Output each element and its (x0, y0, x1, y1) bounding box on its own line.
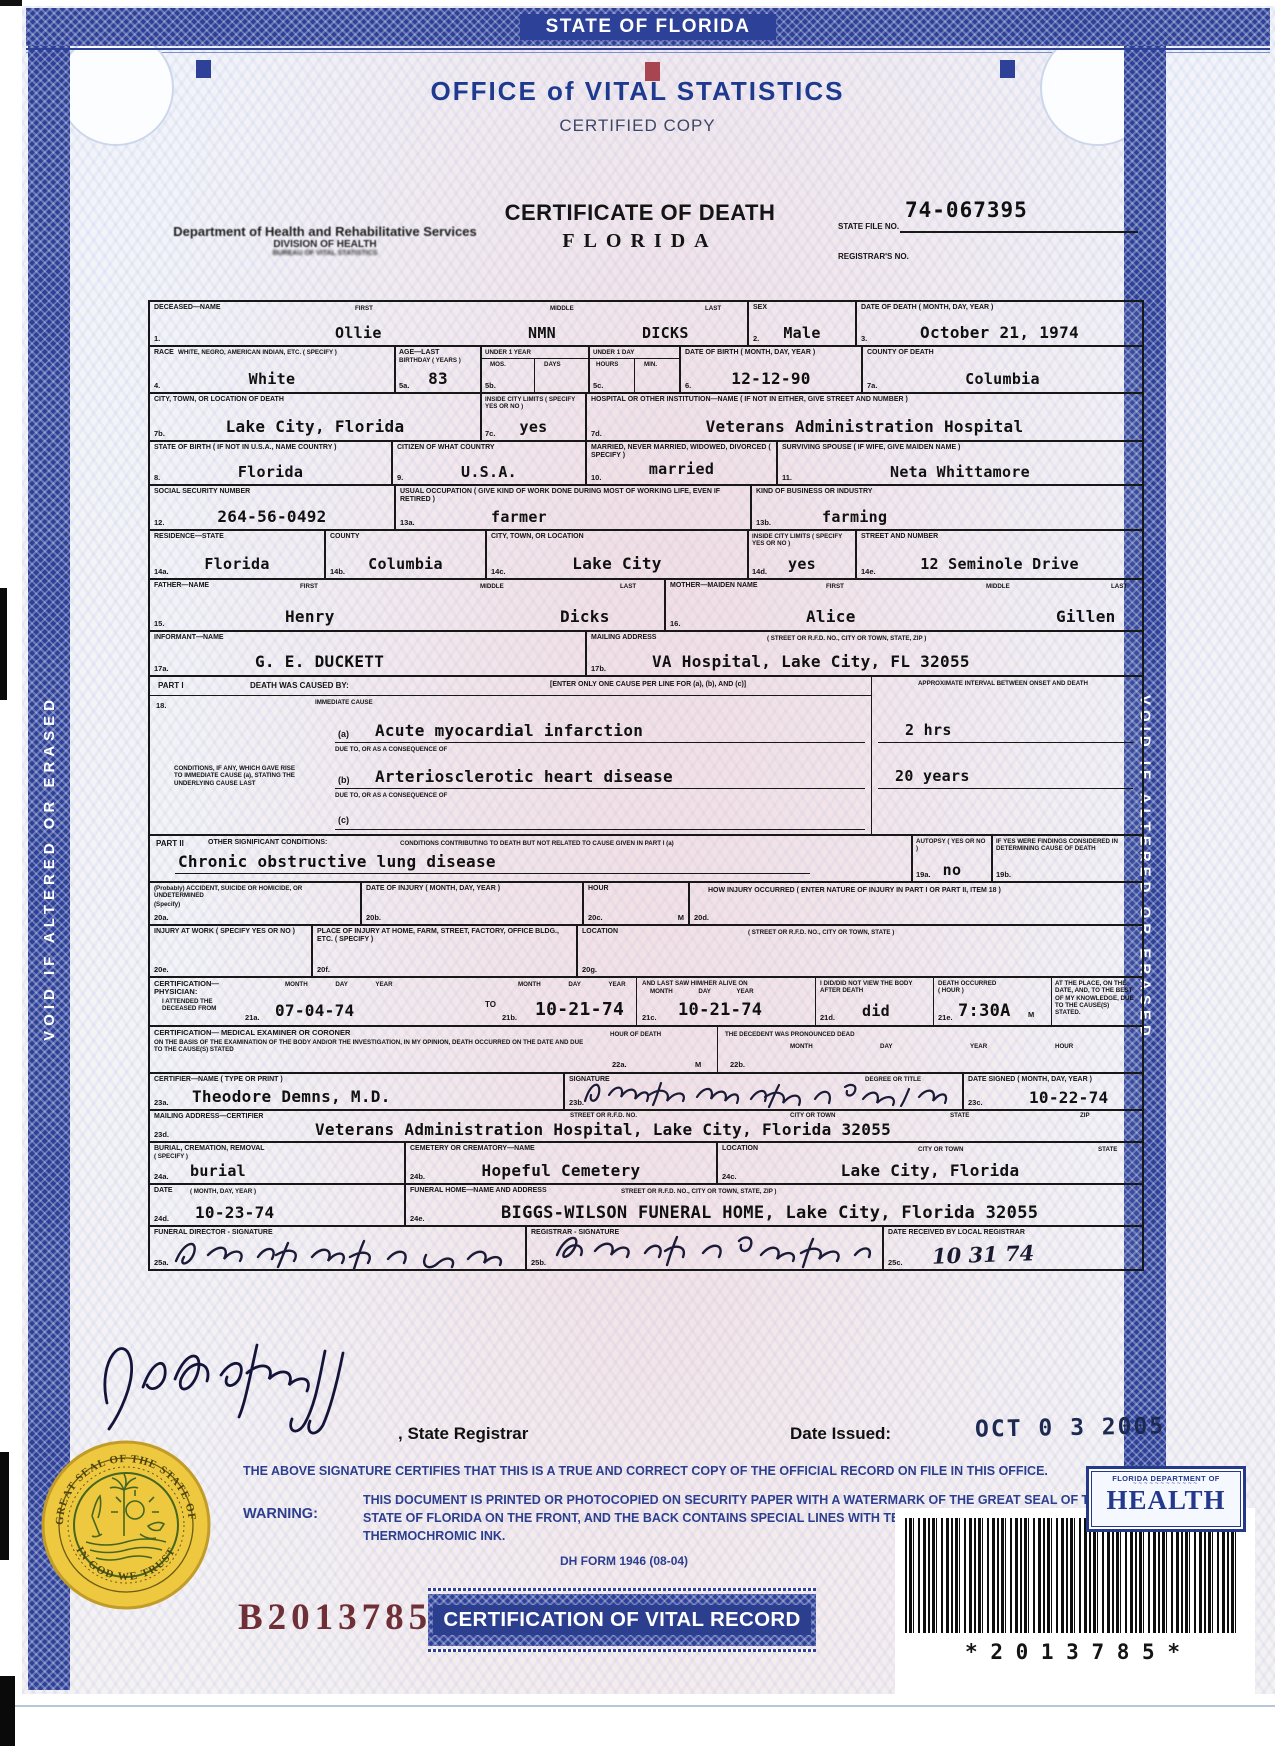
cemetery-value: Hopeful Cemetery (406, 1161, 716, 1180)
scan-edge-line (0, 1705, 1275, 1707)
void-text-left: VOID IF ALTERED OR ERASED (41, 695, 58, 1041)
warning-label: WARNING: (243, 1506, 318, 1522)
caused-by-label: DEATH WAS CAUSED BY: (250, 681, 349, 690)
citizen-label: CITIZEN OF WHAT COUNTRY (397, 444, 495, 452)
field-age: AGE—LAST BIRTHDAY ( YEARS ) 5a. 83 (394, 347, 480, 392)
form-number: DH FORM 1946 (08-04) (560, 1554, 688, 1568)
field-certifier-name: CERTIFIER—NAME ( TYPE OR PRINT ) 23a. Th… (150, 1074, 563, 1109)
date-received-value: 10 31 74 (932, 1240, 1035, 1269)
part1-interval-divider (871, 677, 872, 834)
me-note: ON THE BASIS OF THE EXAMINATION OF THE B… (154, 1039, 584, 1054)
item-13b: 13b. (756, 518, 771, 527)
age-label: AGE—LAST (399, 349, 439, 357)
item-23d: 23d. (154, 1130, 169, 1139)
hours-label: HOURS (596, 361, 618, 368)
res-county-label: COUNTY (330, 533, 360, 541)
father-last-value: Dicks (560, 607, 610, 626)
mother-label: MOTHER—MAIDEN NAME (670, 582, 758, 590)
item-20b: 20b. (366, 913, 381, 922)
dob-label: DATE OF BIRTH ( MONTH, DAY, YEAR ) (685, 349, 855, 357)
pron-day: DAY (880, 1043, 893, 1050)
item-18: 18. (156, 701, 166, 710)
field-burial: BURIAL, CREMATION, REMOVAL ( SPECIFY ) 2… (150, 1143, 404, 1183)
certification-banner: CERTIFICATION OF VITAL RECORD (428, 1594, 816, 1646)
disposition-date-label: DATE (154, 1187, 173, 1195)
funeral-home-label: FUNERAL HOME—NAME AND ADDRESS (410, 1187, 547, 1195)
pron-month: MONTH (790, 1043, 813, 1050)
last-sublabel: LAST (705, 305, 721, 312)
county-value: Columbia (863, 370, 1142, 388)
injury-location-label: LOCATION (582, 928, 618, 936)
to-word: TO (485, 1000, 496, 1009)
row-deceased: DECEASED—NAME FIRST MIDDLE LAST 1. Ollie… (150, 302, 1142, 345)
row-injury-place: INJURY AT WORK ( SPECIFY YES OR NO ) 20e… (150, 924, 1142, 976)
autopsy-label: AUTOPSY ( YES OR NO ) (916, 838, 986, 853)
state-banner-text: STATE OF FLORIDA (520, 14, 777, 40)
view-body-label: I DID/DID NOT VIEW THE BODY AFTER DEATH (820, 980, 928, 995)
row-disposition: BURIAL, CREMATION, REMOVAL ( SPECIFY ) 2… (150, 1141, 1142, 1183)
certificate-title: CERTIFICATE OF DEATH (440, 200, 840, 226)
mdy-header-1: MONTH DAY YEAR (285, 981, 393, 988)
field-residence-city: CITY, TOWN, OR LOCATION 14c. Lake City (485, 531, 747, 578)
row-certifier: CERTIFIER—NAME ( TYPE OR PRINT ) 23a. Th… (150, 1072, 1142, 1109)
res-city-label: CITY, TOWN, OR LOCATION (491, 533, 584, 541)
item-20a: 20a. (154, 913, 169, 922)
field-date-of-death: DATE OF DEATH ( MONTH, DAY, YEAR ) 3. Oc… (855, 302, 1142, 345)
item-5c: 5c. (593, 381, 603, 390)
item-21a: 21a. (245, 1013, 260, 1022)
spouse-label: SURVIVING SPOUSE ( IF WIFE, GIVE MAIDEN … (782, 444, 960, 452)
item-21c: 21c. (642, 1013, 657, 1022)
death-hour-value: 7:30A (958, 1001, 1011, 1021)
disposition-location-value: Lake City, Florida (718, 1161, 1142, 1180)
death-occurred-sublabel: ( HOUR ) (938, 987, 964, 994)
item-17b: 17b. (591, 664, 606, 673)
mother-first-value: Alice (806, 607, 856, 626)
scan-artifact-top (0, 0, 22, 6)
attended-label-2: DECEASED FROM (162, 1005, 216, 1012)
field-hospital: HOSPITAL OR OTHER INSTITUTION—NAME ( IF … (585, 394, 1142, 440)
me-label: CERTIFICATION— MEDICAL EXAMINER OR CORON… (154, 1029, 350, 1038)
health-dept-big-text: HEALTH (1089, 1486, 1243, 1514)
cause-a-line (335, 725, 865, 743)
cp-div-2 (815, 978, 816, 1025)
row-certification-me: CERTIFICATION— MEDICAL EXAMINER OR CORON… (150, 1025, 1142, 1072)
res-state-label: RESIDENCE—STATE (154, 533, 224, 541)
sob-value: Florida (150, 463, 391, 481)
icl2-value: yes (749, 555, 855, 573)
u1d-vline (634, 358, 635, 392)
banner-rule (26, 48, 1270, 50)
scan-artifact-1 (0, 588, 7, 700)
informant-value: G. E. DUCKETT (255, 652, 384, 671)
state-registrar-signature-script (85, 1315, 415, 1440)
field-state-of-birth: STATE OF BIRTH ( IF NOT IN U.S.A., NAME … (150, 442, 391, 484)
funeral-home-sublabel: STREET OR R.F.D. NO., CITY OR TOWN, STAT… (621, 1188, 777, 1195)
father-first-value: Henry (285, 607, 335, 626)
last-saw-value: 10-21-74 (678, 1000, 762, 1020)
item-16: 16. (670, 619, 680, 628)
field-street: STREET AND NUMBER 14e. 12 Seminole Drive (855, 531, 1142, 578)
funeral-home-value: BIGGS-WILSON FUNERAL HOME, Lake City, Fl… (501, 1203, 1038, 1223)
row-ssn-occupation: SOCIAL SECURITY NUMBER 12. 264-56-0492 U… (150, 484, 1142, 529)
physician-note: AT THE PLACE, ON THE DATE, AND, TO THE B… (1055, 980, 1135, 1017)
informant-label: INFORMANT—NAME (154, 634, 224, 642)
item-25b: 25b. (531, 1258, 546, 1267)
field-registrar-signature: REGISTRAR - SIGNATURE 25b. (525, 1227, 882, 1269)
hour-of-death-label: HOUR OF DEATH (610, 1031, 661, 1038)
father-first-sublabel: FIRST (300, 583, 318, 590)
item-5b: 5b. (485, 381, 496, 390)
due-to-2: DUE TO, OR AS A CONSEQUENCE OF (335, 792, 447, 799)
field-informant: INFORMANT—NAME 17a. G. E. DUCKETT (150, 632, 585, 675)
row-accident: (Probably) ACCIDENT, SUICIDE OR HOMICIDE… (150, 881, 1142, 924)
field-how-injury: HOW INJURY OCCURRED ( ENTER NATURE OF IN… (688, 883, 1142, 924)
field-marital: MARRIED, NEVER MARRIED, WIDOWED, DIVORCE… (585, 442, 776, 484)
icl2-label: INSIDE CITY LIMITS ( SPECIFY YES OR NO ) (752, 533, 850, 548)
date-of-injury-label: DATE OF INJURY ( MONTH, DAY, YEAR ) (366, 885, 500, 893)
injury-hour-label: HOUR (588, 885, 609, 893)
ssn-value: 264-56-0492 (150, 507, 394, 526)
hospital-label: HOSPITAL OR OTHER INSTITUTION—NAME ( IF … (591, 396, 1131, 404)
item-21d: 21d. (820, 1013, 835, 1022)
field-other-conditions: PART II OTHER SIGNIFICANT CONDITIONS: CO… (150, 836, 911, 881)
res-county-value: Columbia (326, 555, 485, 573)
certifier-name-label: CERTIFIER—NAME ( TYPE OR PRINT ) (154, 1076, 283, 1084)
field-certifier-address: MAILING ADDRESS—CERTIFIER STREET OR R.F.… (150, 1111, 1138, 1141)
res-city-value: Lake City (487, 554, 747, 573)
field-accident-type: (Probably) ACCIDENT, SUICIDE OR HOMICIDE… (150, 883, 360, 924)
street-value: 12 Seminole Drive (857, 555, 1142, 573)
great-seal-of-florida: GREAT SEAL OF THE STATE OF FLORIDA IN GO… (40, 1438, 212, 1612)
interval-a-line (878, 725, 1133, 743)
disposition-state-sublabel: STATE (1098, 1146, 1117, 1153)
field-cemetery: CEMETERY OR CREMATORY—NAME 24b. Hopeful … (404, 1143, 716, 1183)
field-place-of-injury: PLACE OF INJURY AT HOME, FARM, STREET, F… (311, 926, 576, 976)
cp-div-1 (636, 978, 637, 1025)
field-occupation: USUAL OCCUPATION ( GIVE KIND OF WORK DON… (394, 486, 750, 529)
sex-label: SEX (753, 304, 767, 312)
date-signed-value: 10-22-74 (1029, 1088, 1108, 1107)
death-hour-m: M (1028, 1010, 1034, 1019)
health-dept-logo: FLORIDA DEPARTMENT OF ~~~~~~~~~~~~ HEALT… (1086, 1466, 1246, 1532)
injury-at-work-label: INJURY AT WORK ( SPECIFY YES OR NO ) (154, 928, 304, 936)
item-13a: 13a. (400, 518, 415, 527)
scan-artifact-3 (0, 1676, 15, 1746)
dod-value: October 21, 1974 (857, 323, 1142, 342)
field-funeral-home: FUNERAL HOME—NAME AND ADDRESS STREET OR … (404, 1185, 1142, 1225)
res-state-value: Florida (150, 555, 324, 573)
accident-sublabel: (Specify) (154, 901, 180, 908)
certifier-address-value: Veterans Administration Hospital, Lake C… (315, 1120, 891, 1139)
death-certificate-scan: STATE OF FLORIDA VOID IF ALTERED OR ERAS… (0, 0, 1275, 1746)
item-20c: 20c. (588, 913, 603, 922)
date-received-label: DATE RECEIVED BY LOCAL REGISTRAR (888, 1229, 1025, 1237)
place-of-injury-label: PLACE OF INJURY AT HOME, FARM, STREET, F… (317, 928, 567, 945)
disposition-date-value: 10-23-74 (195, 1203, 274, 1222)
banner-pinstripe-bottom (428, 1649, 816, 1652)
field-race: RACE WHITE, NEGRO, AMERICAN INDIAN, ETC.… (150, 347, 394, 392)
field-sex: SEX 2. Male (747, 302, 855, 345)
field-mailing-address: MAILING ADDRESS ( STREET OR R.F.D. NO., … (585, 632, 1142, 675)
field-date-received: DATE RECEIVED BY LOCAL REGISTRAR 25c. 10… (882, 1227, 1142, 1269)
addr-sub-city: CITY OR TOWN (790, 1112, 836, 1119)
industry-value: farming (822, 508, 887, 526)
field-injury-at-work: INJURY AT WORK ( SPECIFY YES OR NO ) 20e… (150, 926, 311, 976)
field-inside-city-limits-2: INSIDE CITY LIMITS ( SPECIFY YES OR NO )… (747, 531, 855, 578)
certifier-signature-script (579, 1075, 959, 1109)
date-issued-stamp: OCT 0 3 2005 (975, 1413, 1166, 1442)
part1-label: PART I (158, 681, 184, 690)
certify-statement: THE ABOVE SIGNATURE CERTIFIES THAT THIS … (243, 1464, 1123, 1478)
pronounced-label: THE DECEDENT WAS PRONOUNCED DEAD (725, 1031, 855, 1038)
marital-label: MARRIED, NEVER MARRIED, WIDOWED, DIVORCE… (591, 444, 771, 461)
father-last-sublabel: LAST (620, 583, 636, 590)
item-22b: 22b. (730, 1060, 745, 1069)
deceased-label: DECEASED—NAME (154, 304, 221, 312)
item-25a: 25a. (154, 1258, 169, 1267)
findings-label: IF YES WERE FINDINGS CONSIDERED IN DETER… (996, 838, 1136, 853)
row-place-of-death: CITY, TOWN, OR LOCATION OF DEATH 7b. Lak… (150, 392, 1142, 440)
disposition-date-sublabel: ( MONTH, DAY, YEAR ) (190, 1188, 256, 1195)
field-inside-city-limits-1: INSIDE CITY LIMITS ( SPECIFY YES OR NO )… (480, 394, 585, 440)
item-21e: 21e. (938, 1013, 953, 1022)
u1y-divider (482, 358, 588, 359)
days-label: DAYS (544, 361, 561, 368)
item-1: 1. (154, 334, 160, 343)
row-birth-citizen-marital: STATE OF BIRTH ( IF NOT IN U.S.A., NAME … (150, 440, 1142, 484)
row-informant: INFORMANT—NAME 17a. G. E. DUCKETT MAILIN… (150, 630, 1142, 675)
enter-note: [ENTER ONLY ONE CAUSE PER LINE FOR (a), … (550, 681, 746, 689)
field-under-1-year: UNDER 1 YEAR MOS. DAYS 5b. (480, 347, 588, 392)
field-county-of-death: COUNTY OF DEATH 7a. Columbia (861, 347, 1142, 392)
middle-sublabel: MIDDLE (550, 305, 574, 312)
race-label: RACE (154, 349, 174, 357)
scan-bottom-band (0, 1694, 1275, 1746)
mdy-header-3: MONTH DAY YEAR (650, 988, 754, 995)
field-injury-hour: HOUR 20c. M (582, 883, 688, 924)
barcode-text: * 2 0 1 3 7 8 5 * (905, 1640, 1240, 1664)
other-conditions-label: OTHER SIGNIFICANT CONDITIONS: (208, 839, 327, 847)
mother-middle-sublabel: MIDDLE (986, 583, 1010, 590)
registrar-signature-script (547, 1229, 877, 1269)
state-registrar-title: , State Registrar (398, 1424, 528, 1444)
field-autopsy: AUTOPSY ( YES OR NO ) 19a. no (911, 836, 991, 881)
interval-header: APPROXIMATE INTERVAL BETWEEN ONSET AND D… (878, 680, 1128, 687)
state-file-line (900, 231, 1138, 233)
banner-pinstripe-top (428, 1588, 816, 1591)
last-saw-label: AND LAST SAW HIM/HER ALIVE ON (642, 980, 812, 987)
icl1-value: yes (482, 418, 585, 436)
cp-div-3 (933, 978, 934, 1025)
disposition-location-label: LOCATION (722, 1145, 758, 1153)
physician-label: PHYSICIAN: (154, 988, 197, 997)
part2-label: PART II (156, 839, 184, 848)
item-25c: 25c. (888, 1258, 903, 1267)
hospital-value: Veterans Administration Hospital (587, 417, 1142, 436)
how-injury-label: HOW INJURY OCCURRED ( ENTER NATURE OF IN… (708, 887, 1128, 895)
father-middle-sublabel: MIDDLE (480, 583, 504, 590)
item-22a: 22a. (612, 1060, 627, 1069)
field-under-1-day: UNDER 1 DAY HOURS MIN. 5c. (588, 347, 679, 392)
deceased-last-value: DICKS (642, 324, 689, 342)
deceased-middle-value: NMN (528, 324, 556, 342)
certification-banner-text: CERTIFICATION OF VITAL RECORD (433, 1605, 810, 1635)
row-residence: RESIDENCE—STATE 14a. Florida COUNTY 14b.… (150, 529, 1142, 578)
mother-last-sublabel: LAST (1111, 583, 1127, 590)
cm-div (717, 1027, 718, 1072)
field-date-signed: DATE SIGNED ( MONTH, DAY, YEAR ) 23c. 10… (962, 1074, 1142, 1109)
cemetery-label: CEMETERY OR CREMATORY—NAME (410, 1145, 535, 1153)
row-funeral-home: DATE ( MONTH, DAY, YEAR ) 24d. 10-23-74 … (150, 1183, 1142, 1225)
deceased-first-value: Ollie (335, 324, 382, 342)
funeral-director-signature-script (168, 1233, 518, 1271)
u1d-label: UNDER 1 DAY (593, 349, 634, 356)
disposition-city-sublabel: CITY OR TOWN (918, 1146, 964, 1153)
due-to-1: DUE TO, OR AS A CONSEQUENCE OF (335, 746, 447, 753)
serial-number: B2013785 (238, 1596, 432, 1639)
immediate-cause-label: IMMEDIATE CAUSE (315, 699, 373, 706)
addr-sub-state: STATE (950, 1112, 969, 1119)
item-23a: 23a. (154, 1098, 169, 1107)
city-of-death-value: Lake City, Florida (150, 417, 480, 436)
sex-value: Male (749, 324, 855, 342)
field-residence-county: COUNTY 14b. Columbia (324, 531, 485, 578)
field-disposition-location: LOCATION CITY OR TOWN STATE 24c. Lake Ci… (716, 1143, 1142, 1183)
item-24e: 24e. (410, 1214, 425, 1223)
industry-label: KIND OF BUSINESS OR INDUSTRY (756, 488, 872, 496)
field-injury-location: LOCATION ( STREET OR R.F.D. NO., CITY OR… (576, 926, 1142, 976)
state-banner: STATE OF FLORIDA (26, 8, 1270, 46)
field-certifier-signature: SIGNATURE DEGREE OR TITLE 23b. (563, 1074, 962, 1109)
registrar-no-label: REGISTRAR'S NO. (838, 252, 909, 261)
age-value: 83 (396, 369, 480, 388)
race-value: White (150, 370, 394, 388)
field-city-of-death: CITY, TOWN, OR LOCATION OF DEATH 7b. Lak… (150, 394, 480, 440)
u1y-vline (534, 358, 535, 392)
sob-label: STATE OF BIRTH ( IF NOT IN U.S.A., NAME … (154, 444, 384, 452)
item-15: 15. (154, 619, 164, 628)
item-20e: 20e. (154, 965, 169, 974)
marital-value: married (587, 460, 776, 478)
item-24d: 24d. (154, 1214, 169, 1223)
barcode (905, 1518, 1240, 1633)
part1-header-rule (150, 695, 871, 696)
mailing-sublabel: ( STREET OR R.F.D. NO., CITY OR TOWN, ST… (767, 635, 926, 642)
injury-location-sublabel: ( STREET OR R.F.D. NO., CITY OR TOWN, ST… (748, 929, 894, 936)
row-race-age-dob: RACE WHITE, NEGRO, AMERICAN INDIAN, ETC.… (150, 345, 1142, 392)
occupation-label: USUAL OCCUPATION ( GIVE KIND OF WORK DON… (400, 488, 740, 505)
cause-c-line (335, 812, 865, 830)
burial-value: burial (190, 1162, 246, 1180)
race-sublabel: WHITE, NEGRO, AMERICAN INDIAN, ETC. ( SP… (178, 349, 378, 356)
street-label: STREET AND NUMBER (861, 533, 938, 541)
field-autopsy-findings: IF YES WERE FINDINGS CONSIDERED IN DETER… (991, 836, 1142, 881)
item-20g: 20g. (582, 965, 597, 974)
item-24a: 24a. (154, 1172, 169, 1181)
field-father: FATHER—NAME FIRST MIDDLE LAST 15. Henry … (150, 580, 664, 630)
spouse-value: Neta Whittamore (778, 463, 1142, 481)
hour-of-death-m: M (695, 1060, 701, 1069)
interval-b-line (878, 771, 1133, 789)
part2-block: PART II OTHER SIGNIFICANT CONDITIONS: CO… (150, 834, 1142, 881)
first-sublabel: FIRST (355, 305, 373, 312)
date-issued-label: Date Issued: (790, 1424, 891, 1444)
office-title: OFFICE of VITAL STATISTICS (0, 76, 1275, 107)
pron-year: YEAR (970, 1043, 987, 1050)
state-file-label: STATE FILE NO. (838, 222, 899, 231)
mother-first-sublabel: FIRST (826, 583, 844, 590)
part1-cell: PART I DEATH WAS CAUSED BY: [ENTER ONLY … (150, 677, 1138, 834)
row-certifier-address: MAILING ADDRESS—CERTIFIER STREET OR R.F.… (150, 1109, 1142, 1141)
pron-hour: HOUR (1055, 1043, 1073, 1050)
dod-label: DATE OF DEATH ( MONTH, DAY, YEAR ) (861, 304, 993, 312)
certifier-name-value: Theodore Demns, M.D. (192, 1087, 391, 1106)
row-signatures: FUNERAL DIRECTOR - SIGNATURE 25a. REGIST… (150, 1225, 1142, 1269)
item-23c: 23c. (968, 1098, 983, 1107)
field-ssn: SOCIAL SECURITY NUMBER 12. 264-56-0492 (150, 486, 394, 529)
attended-to-value: 10-21-74 (535, 999, 624, 1020)
addr-sub-street: STREET OR R.F.D. NO. (570, 1112, 637, 1119)
mdy-header-2: MONTH DAY YEAR (518, 981, 626, 988)
field-funeral-director-signature: FUNERAL DIRECTOR - SIGNATURE 25a. (150, 1227, 525, 1269)
field-deceased-name: DECEASED—NAME FIRST MIDDLE LAST 1. Ollie… (150, 302, 747, 345)
certified-copy: CERTIFIED COPY (0, 116, 1275, 136)
injury-hour-m: M (678, 913, 684, 922)
view-body-value: did (862, 1002, 890, 1020)
scan-artifact-2 (0, 1452, 9, 1560)
mailing-value: VA Hospital, Lake City, FL 32055 (652, 652, 970, 671)
field-disposition-date: DATE ( MONTH, DAY, YEAR ) 24d. 10-23-74 (150, 1185, 404, 1225)
field-citizen: CITIZEN OF WHAT COUNTRY 9. U.S.A. (391, 442, 585, 484)
other-conditions-note: CONDITIONS CONTRIBUTING TO DEATH BUT NOT… (400, 840, 880, 847)
dob-value: 12-12-90 (681, 369, 861, 388)
item-17a: 17a. (154, 664, 169, 673)
icl1-label: INSIDE CITY LIMITS ( SPECIFY YES OR NO ) (485, 396, 580, 411)
occupation-value: farmer (491, 508, 547, 526)
min-label: MIN. (644, 361, 657, 368)
field-mother: MOTHER—MAIDEN NAME FIRST MIDDLE LAST 16.… (664, 580, 1142, 630)
autopsy-value: no (913, 861, 991, 879)
cp-div-4 (1051, 978, 1052, 1025)
age-sublabel: BIRTHDAY ( YEARS ) (399, 357, 461, 364)
certification-physician-cell: CERTIFICATION— PHYSICIAN: I ATTENDED THE… (150, 978, 1138, 1025)
row-certification-physician: CERTIFICATION— PHYSICIAN: I ATTENDED THE… (150, 976, 1142, 1025)
state-file-number: 74-067395 (905, 198, 1028, 222)
mother-last-value: Gillen (1056, 607, 1116, 626)
certification-me-cell: CERTIFICATION— MEDICAL EXAMINER OR CORON… (150, 1027, 1138, 1072)
field-spouse: SURVIVING SPOUSE ( IF WIFE, GIVE MAIDEN … (776, 442, 1142, 484)
mailing-label: MAILING ADDRESS (591, 634, 656, 642)
ssn-label: SOCIAL SECURITY NUMBER (154, 488, 250, 496)
item-19b: 19b. (996, 870, 1011, 879)
burial-sublabel: ( SPECIFY ) (154, 1153, 188, 1160)
accident-label: (Probably) ACCIDENT, SUICIDE OR HOMICIDE… (154, 885, 349, 900)
attended-from-value: 07-04-74 (275, 1001, 354, 1020)
city-of-death-label: CITY, TOWN, OR LOCATION OF DEATH (154, 396, 284, 404)
field-industry: KIND OF BUSINESS OR INDUSTRY 13b. farmin… (750, 486, 1142, 529)
field-date-of-injury: DATE OF INJURY ( MONTH, DAY, YEAR ) 20b. (360, 883, 582, 924)
addr-sub-zip: ZIP (1080, 1112, 1090, 1119)
field-date-of-birth: DATE OF BIRTH ( MONTH, DAY, YEAR ) 6. 12… (679, 347, 861, 392)
field-residence-state: RESIDENCE—STATE 14a. Florida (150, 531, 324, 578)
mos-label: MOS. (490, 361, 506, 368)
father-label: FATHER—NAME (154, 582, 209, 590)
citizen-value: U.S.A. (393, 463, 585, 481)
burial-label: BURIAL, CREMATION, REMOVAL (154, 1145, 265, 1153)
part1-block: PART I DEATH WAS CAUSED BY: [ENTER ONLY … (150, 675, 1142, 834)
item-20f: 20f. (317, 965, 330, 974)
